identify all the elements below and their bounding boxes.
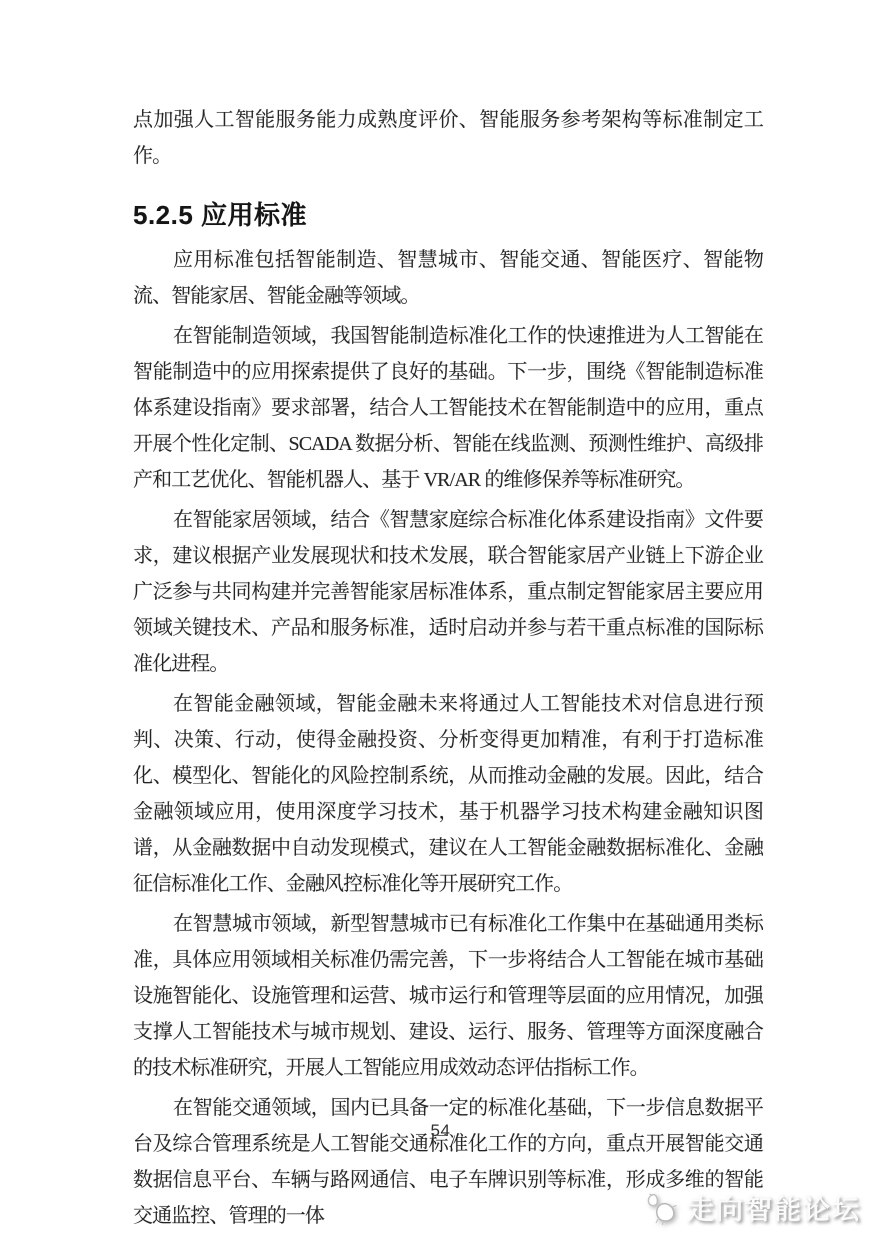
bird-doodle-icon [645,1189,681,1227]
document-page: 点加强人工智能服务能力成熟度评价、智能服务参考架构等标准制定工作。 5.2.5 … [0,0,881,1245]
footer-watermark: 走向智能论坛 [645,1188,861,1227]
paragraph-application-overview: 应用标准包括智能制造、智慧城市、智能交通、智能医疗、智能物流、智能家居、智能金融… [133,242,763,314]
paragraph-smart-city: 在智慧城市领域，新型智慧城市已有标准化工作集中在基础通用类标准，具体应用领域相关… [133,906,763,1086]
page-content: 点加强人工智能服务能力成熟度评价、智能服务参考架构等标准制定工作。 5.2.5 … [133,102,763,1234]
watermark-label: 走向智能论坛 [687,1188,861,1227]
paragraph-smart-finance: 在智能金融领域，智能金融未来将通过人工智能技术对信息进行预判、决策、行动，使得金… [133,686,763,902]
page-number: 54 [0,1121,881,1141]
paragraph-continuation: 点加强人工智能服务能力成熟度评价、智能服务参考架构等标准制定工作。 [133,102,763,174]
section-heading: 5.2.5 应用标准 [133,198,763,232]
paragraph-smart-home: 在智能家居领域，结合《智慧家庭综合标准化体系建设指南》文件要求，建议根据产业发展… [133,502,763,682]
paragraph-smart-manufacturing: 在智能制造领域，我国智能制造标准化工作的快速推进为人工智能在智能制造中的应用探索… [133,318,763,498]
